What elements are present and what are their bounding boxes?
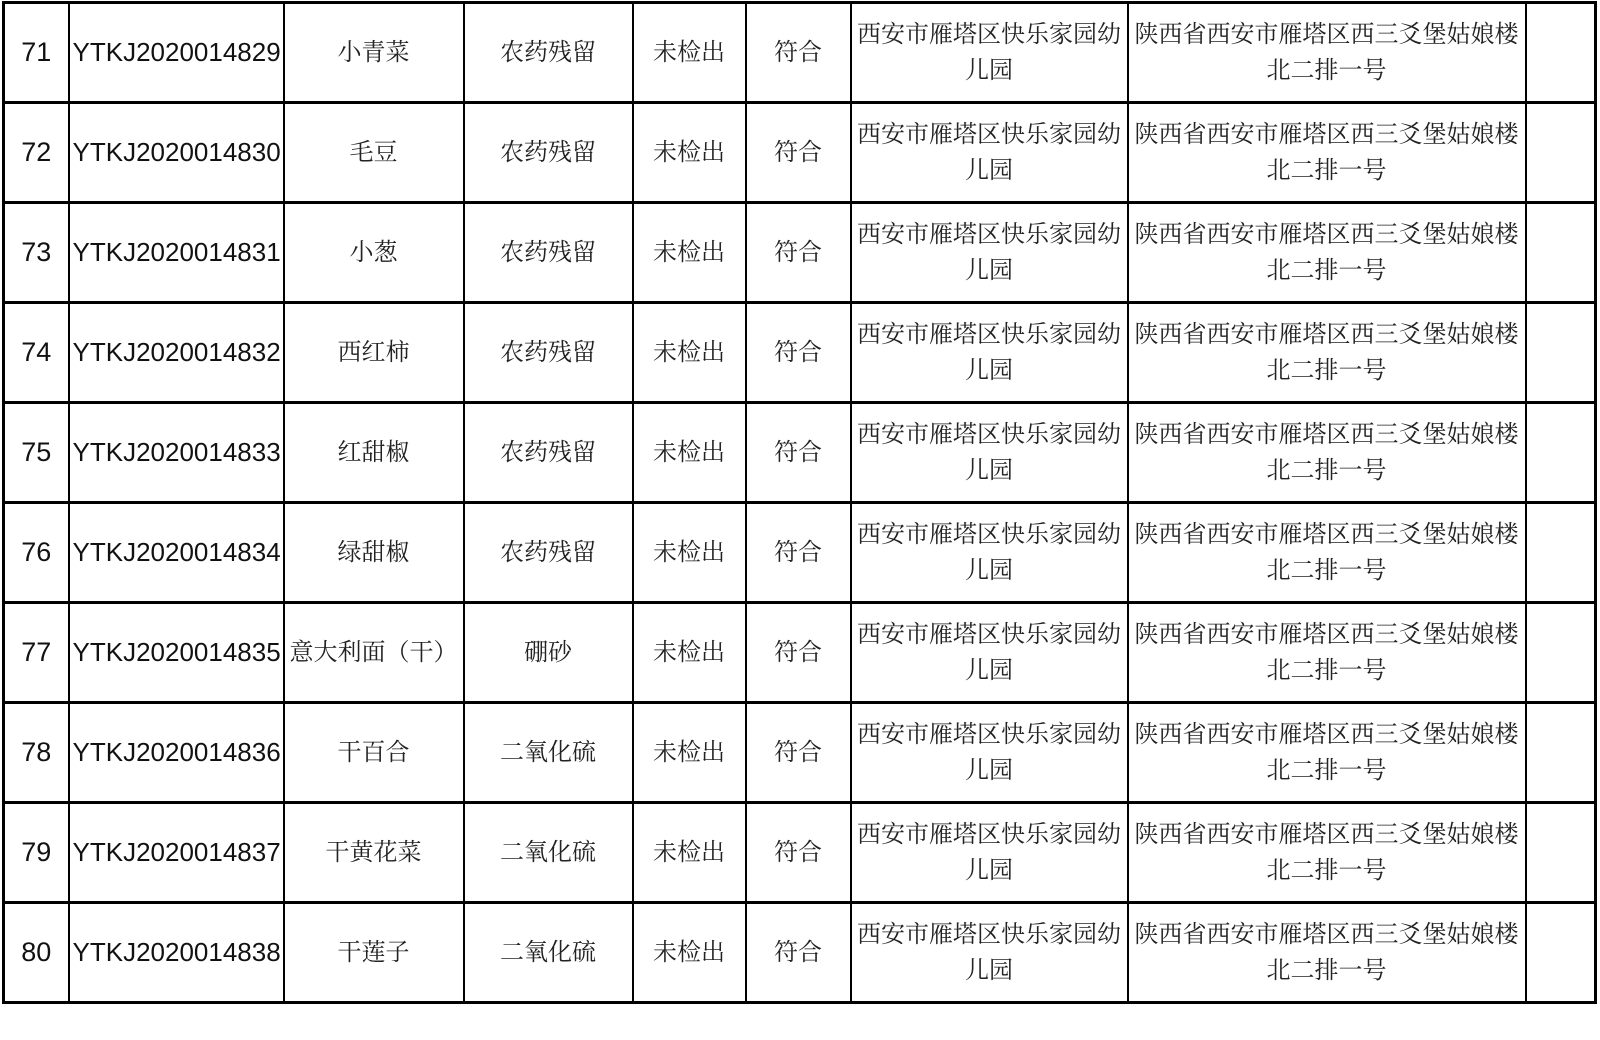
cell-sampled-org: 西安市雁塔区快乐家园幼儿园: [851, 303, 1128, 403]
cell-result: 未检出: [633, 903, 746, 1003]
cell-sample-name: 绿甜椒: [284, 503, 464, 603]
cell-row-number: 72: [4, 103, 69, 203]
table-row: 74 YTKJ2020014832 西红柿 农药残留 未检出 符合 西安市雁塔区…: [4, 303, 1596, 403]
cell-remark: [1526, 103, 1596, 203]
cell-address: 陕西省西安市雁塔区西三爻堡姑娘楼北二排一号: [1128, 603, 1526, 703]
table-row: 79 YTKJ2020014837 干黄花菜 二氧化硫 未检出 符合 西安市雁塔…: [4, 803, 1596, 903]
cell-row-number: 77: [4, 603, 69, 703]
cell-remark: [1526, 203, 1596, 303]
cell-conclusion: 符合: [746, 3, 851, 103]
cell-row-number: 76: [4, 503, 69, 603]
cell-row-number: 79: [4, 803, 69, 903]
cell-address: 陕西省西安市雁塔区西三爻堡姑娘楼北二排一号: [1128, 403, 1526, 503]
cell-remark: [1526, 503, 1596, 603]
cell-result: 未检出: [633, 3, 746, 103]
cell-remark: [1526, 603, 1596, 703]
cell-sampled-org: 西安市雁塔区快乐家园幼儿园: [851, 403, 1128, 503]
cell-conclusion: 符合: [746, 203, 851, 303]
cell-conclusion: 符合: [746, 803, 851, 903]
cell-conclusion: 符合: [746, 403, 851, 503]
cell-test-item: 农药残留: [464, 3, 633, 103]
cell-sampled-org: 西安市雁塔区快乐家园幼儿园: [851, 703, 1128, 803]
cell-sample-name: 毛豆: [284, 103, 464, 203]
cell-test-item: 二氧化硫: [464, 803, 633, 903]
cell-sampled-org: 西安市雁塔区快乐家园幼儿园: [851, 3, 1128, 103]
cell-sample-code: YTKJ2020014836: [69, 703, 284, 803]
cell-remark: [1526, 403, 1596, 503]
cell-row-number: 75: [4, 403, 69, 503]
cell-sample-name: 意大利面（干）: [284, 603, 464, 703]
cell-test-item: 农药残留: [464, 303, 633, 403]
cell-sample-name: 小葱: [284, 203, 464, 303]
table-row: 73 YTKJ2020014831 小葱 农药残留 未检出 符合 西安市雁塔区快…: [4, 203, 1596, 303]
cell-test-item: 硼砂: [464, 603, 633, 703]
cell-address: 陕西省西安市雁塔区西三爻堡姑娘楼北二排一号: [1128, 203, 1526, 303]
table-row: 75 YTKJ2020014833 红甜椒 农药残留 未检出 符合 西安市雁塔区…: [4, 403, 1596, 503]
cell-remark: [1526, 903, 1596, 1003]
cell-result: 未检出: [633, 403, 746, 503]
cell-sampled-org: 西安市雁塔区快乐家园幼儿园: [851, 103, 1128, 203]
cell-conclusion: 符合: [746, 903, 851, 1003]
table-row: 78 YTKJ2020014836 干百合 二氧化硫 未检出 符合 西安市雁塔区…: [4, 703, 1596, 803]
cell-conclusion: 符合: [746, 103, 851, 203]
table-row: 72 YTKJ2020014830 毛豆 农药残留 未检出 符合 西安市雁塔区快…: [4, 103, 1596, 203]
cell-address: 陕西省西安市雁塔区西三爻堡姑娘楼北二排一号: [1128, 3, 1526, 103]
cell-sample-code: YTKJ2020014837: [69, 803, 284, 903]
cell-result: 未检出: [633, 103, 746, 203]
cell-address: 陕西省西安市雁塔区西三爻堡姑娘楼北二排一号: [1128, 103, 1526, 203]
cell-sample-name: 干莲子: [284, 903, 464, 1003]
cell-sampled-org: 西安市雁塔区快乐家园幼儿园: [851, 203, 1128, 303]
cell-sample-code: YTKJ2020014834: [69, 503, 284, 603]
cell-result: 未检出: [633, 603, 746, 703]
cell-result: 未检出: [633, 703, 746, 803]
cell-sample-code: YTKJ2020014838: [69, 903, 284, 1003]
cell-conclusion: 符合: [746, 603, 851, 703]
cell-result: 未检出: [633, 803, 746, 903]
cell-result: 未检出: [633, 503, 746, 603]
cell-sample-code: YTKJ2020014832: [69, 303, 284, 403]
cell-row-number: 80: [4, 903, 69, 1003]
cell-sample-name: 西红柿: [284, 303, 464, 403]
cell-sampled-org: 西安市雁塔区快乐家园幼儿园: [851, 903, 1128, 1003]
table-row: 71 YTKJ2020014829 小青菜 农药残留 未检出 符合 西安市雁塔区…: [4, 3, 1596, 103]
cell-conclusion: 符合: [746, 303, 851, 403]
cell-address: 陕西省西安市雁塔区西三爻堡姑娘楼北二排一号: [1128, 803, 1526, 903]
cell-sample-name: 红甜椒: [284, 403, 464, 503]
cell-sampled-org: 西安市雁塔区快乐家园幼儿园: [851, 803, 1128, 903]
table-body: 71 YTKJ2020014829 小青菜 农药残留 未检出 符合 西安市雁塔区…: [4, 3, 1596, 1003]
cell-test-item: 农药残留: [464, 503, 633, 603]
cell-sampled-org: 西安市雁塔区快乐家园幼儿园: [851, 603, 1128, 703]
cell-test-item: 二氧化硫: [464, 703, 633, 803]
cell-sample-code: YTKJ2020014830: [69, 103, 284, 203]
cell-conclusion: 符合: [746, 703, 851, 803]
cell-remark: [1526, 303, 1596, 403]
table-row: 76 YTKJ2020014834 绿甜椒 农药残留 未检出 符合 西安市雁塔区…: [4, 503, 1596, 603]
cell-sample-code: YTKJ2020014833: [69, 403, 284, 503]
cell-address: 陕西省西安市雁塔区西三爻堡姑娘楼北二排一号: [1128, 303, 1526, 403]
cell-sample-code: YTKJ2020014835: [69, 603, 284, 703]
cell-result: 未检出: [633, 303, 746, 403]
cell-row-number: 73: [4, 203, 69, 303]
cell-sample-name: 小青菜: [284, 3, 464, 103]
cell-test-item: 农药残留: [464, 403, 633, 503]
cell-row-number: 78: [4, 703, 69, 803]
cell-sample-code: YTKJ2020014829: [69, 3, 284, 103]
cell-address: 陕西省西安市雁塔区西三爻堡姑娘楼北二排一号: [1128, 903, 1526, 1003]
cell-row-number: 74: [4, 303, 69, 403]
table-row: 77 YTKJ2020014835 意大利面（干） 硼砂 未检出 符合 西安市雁…: [4, 603, 1596, 703]
cell-sample-name: 干黄花菜: [284, 803, 464, 903]
document-page: 71 YTKJ2020014829 小青菜 农药残留 未检出 符合 西安市雁塔区…: [0, 0, 1600, 1040]
inspection-results-table: 71 YTKJ2020014829 小青菜 农药残留 未检出 符合 西安市雁塔区…: [2, 1, 1597, 1004]
cell-address: 陕西省西安市雁塔区西三爻堡姑娘楼北二排一号: [1128, 703, 1526, 803]
cell-test-item: 农药残留: [464, 203, 633, 303]
cell-remark: [1526, 703, 1596, 803]
cell-address: 陕西省西安市雁塔区西三爻堡姑娘楼北二排一号: [1128, 503, 1526, 603]
cell-row-number: 71: [4, 3, 69, 103]
cell-test-item: 二氧化硫: [464, 903, 633, 1003]
table-row: 80 YTKJ2020014838 干莲子 二氧化硫 未检出 符合 西安市雁塔区…: [4, 903, 1596, 1003]
cell-test-item: 农药残留: [464, 103, 633, 203]
cell-remark: [1526, 3, 1596, 103]
cell-sample-name: 干百合: [284, 703, 464, 803]
cell-sample-code: YTKJ2020014831: [69, 203, 284, 303]
cell-sampled-org: 西安市雁塔区快乐家园幼儿园: [851, 503, 1128, 603]
cell-result: 未检出: [633, 203, 746, 303]
cell-remark: [1526, 803, 1596, 903]
cell-conclusion: 符合: [746, 503, 851, 603]
